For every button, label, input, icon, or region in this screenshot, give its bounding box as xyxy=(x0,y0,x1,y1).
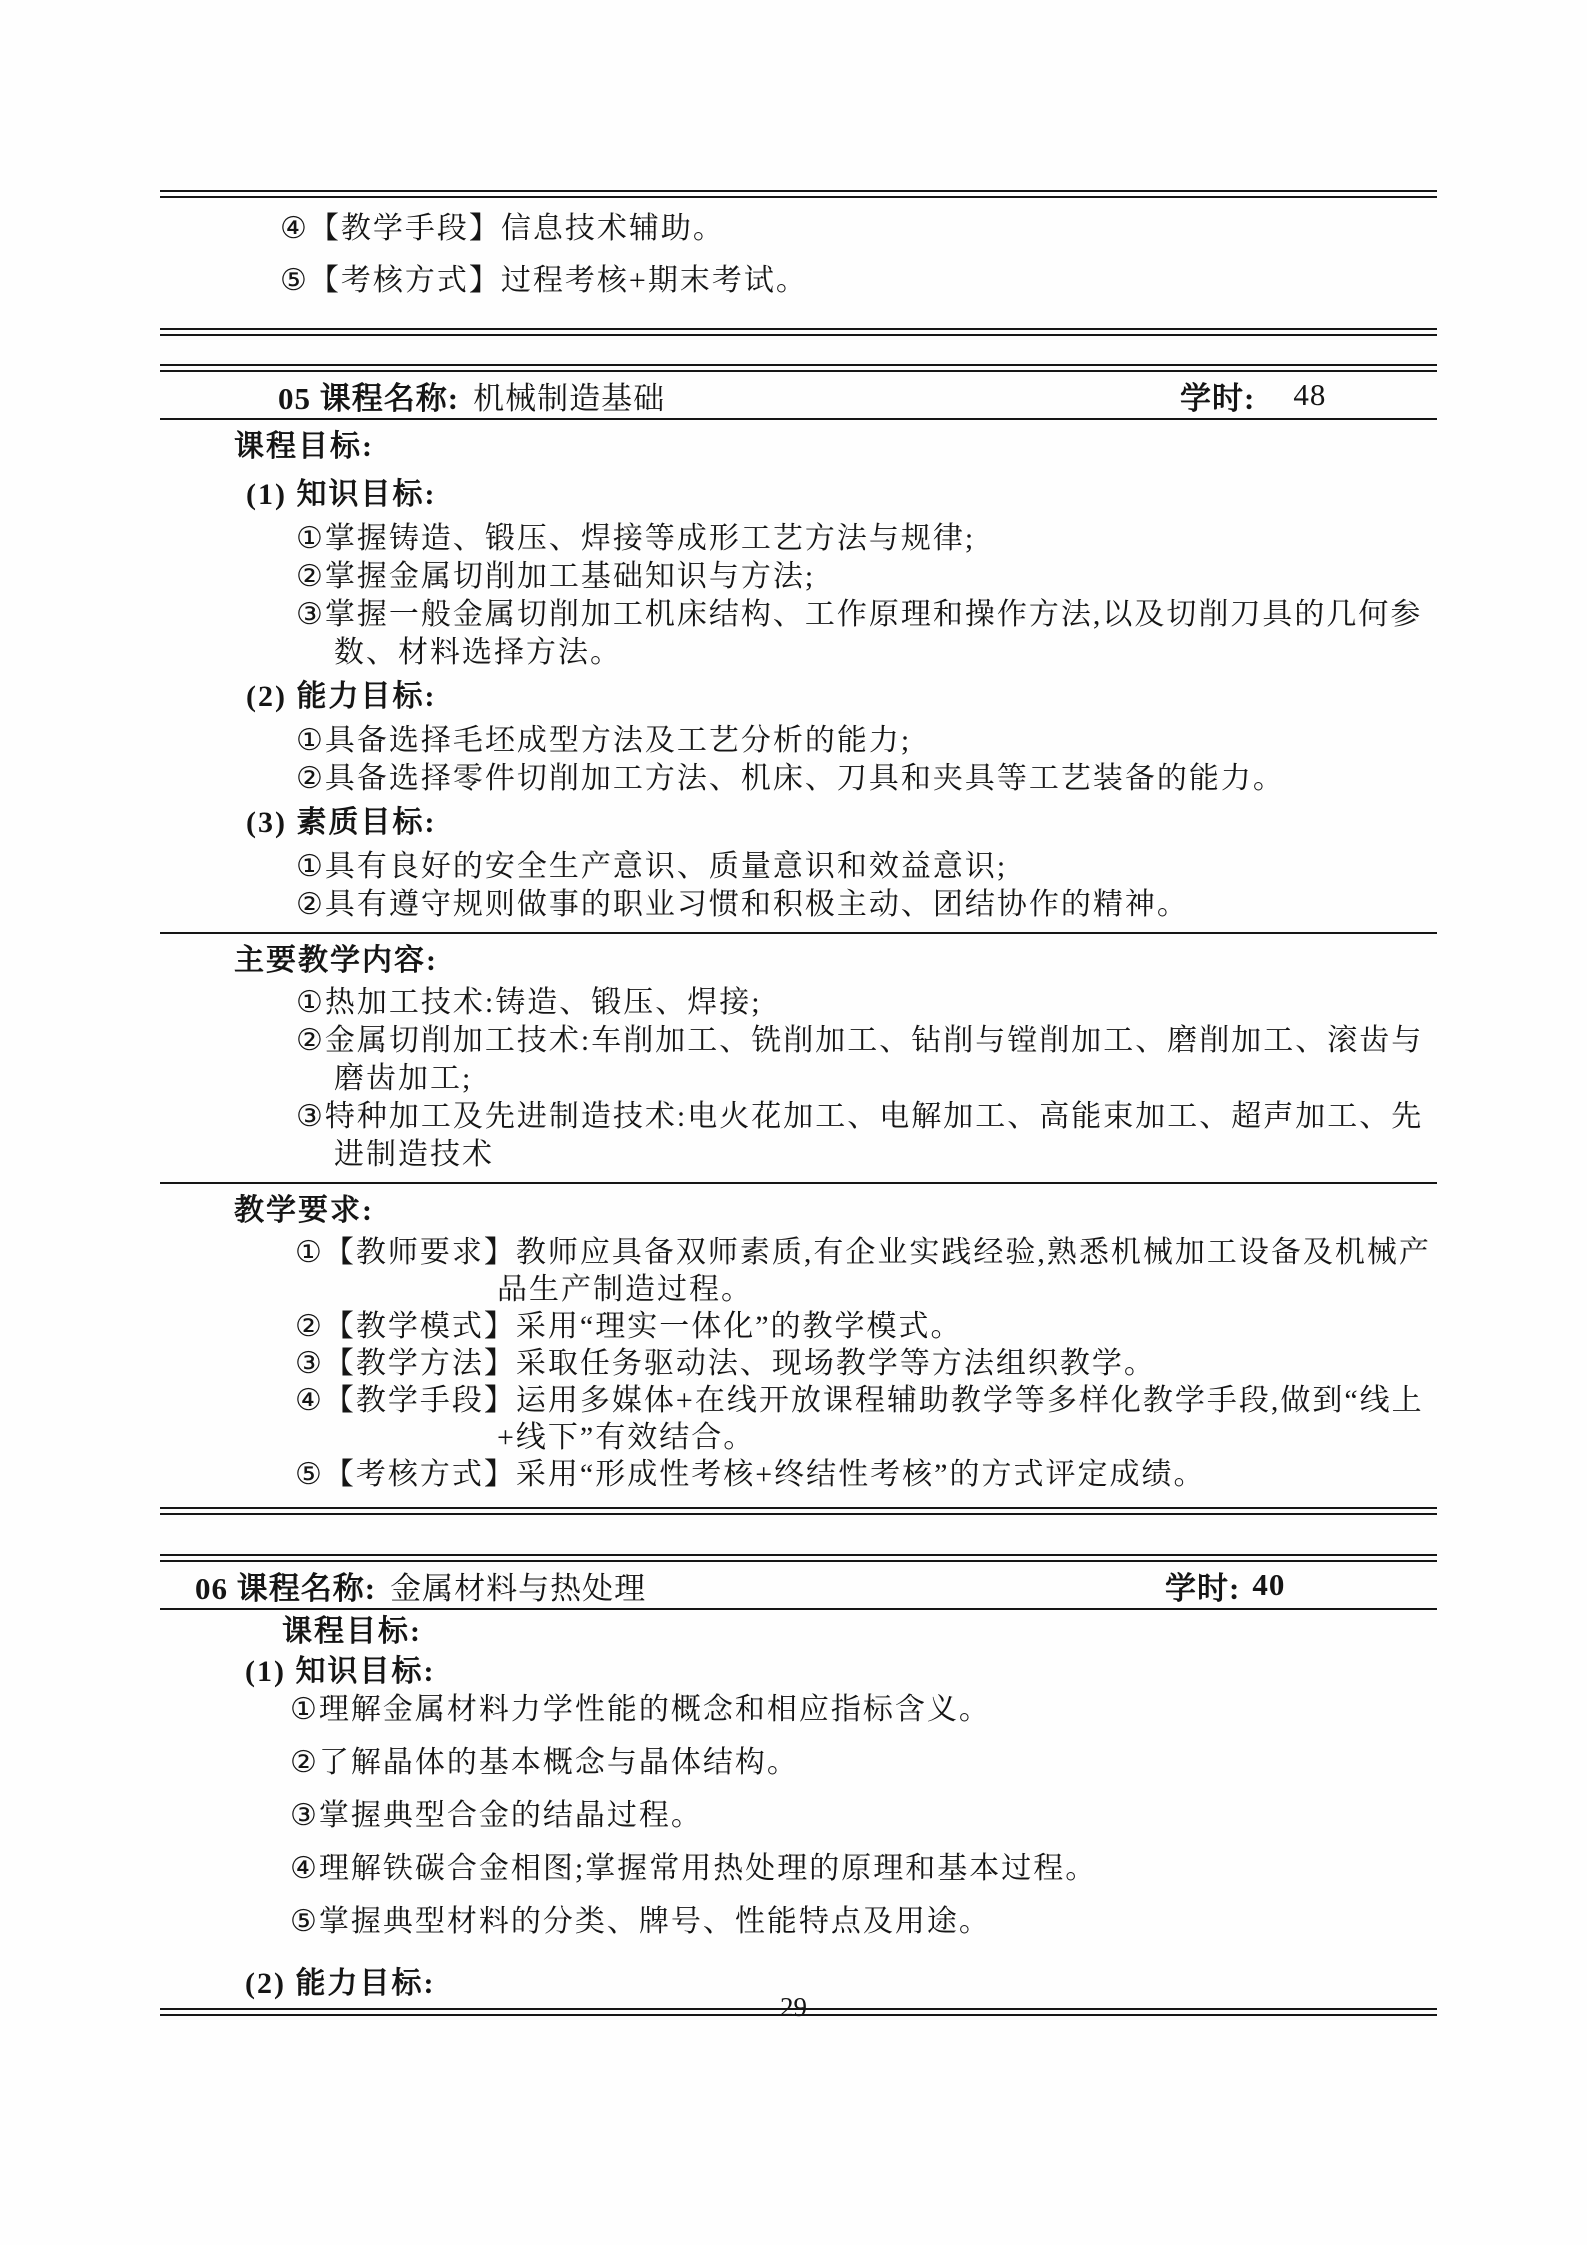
hours-label: 学时: xyxy=(1165,1563,1240,1608)
teaching-means-item: ④【教学手段】信息技术辅助。 xyxy=(280,210,1437,248)
page-number: 29 xyxy=(0,1992,1587,2022)
quality-item: ②具有遵守规则做事的职业习惯和积极主动、团结协作的精神。 xyxy=(160,886,1437,924)
previous-course-items: ④【教学手段】信息技术辅助。 ⑤【考核方式】过程考核+期末考试。 xyxy=(160,198,1437,328)
objectives-title: 课程目标: xyxy=(160,424,1437,470)
course-name: 金属材料与热处理 xyxy=(390,1563,646,1608)
document-page: ④【教学手段】信息技术辅助。 ⑤【考核方式】过程考核+期末考试。 05 课程名称… xyxy=(0,0,1587,2245)
course-index-label: 06 课程名称: xyxy=(195,1563,376,1608)
item-tag: ④【教学手段】 xyxy=(295,1384,516,1417)
item-text: 信息技术辅助。 xyxy=(501,212,725,245)
ability-item: ①具备选择毛坯成型方法及工艺分析的能力; xyxy=(160,722,1437,760)
hours-label: 学时: xyxy=(1180,373,1255,418)
teaching-content-section: 主要教学内容: ①热加工技术:铸造、锻压、焊接; ②金属切削加工技术:车削加工、… xyxy=(160,934,1437,1182)
content-item: ②金属切削加工技术:车削加工、铣削加工、钻削与镗削加工、磨削加工、滚齿与磨齿加工… xyxy=(160,1022,1437,1098)
knowledge-item: ③掌握一般金属切削加工机床结构、工作原理和操作方法,以及切削刀具的几何参数、材料… xyxy=(160,596,1437,672)
course-05-header-row: 05 课程名称: 机械制造基础 学时: 48 xyxy=(160,372,1437,418)
item-tag: ④【教学手段】 xyxy=(280,212,501,245)
item-text: 教师应具备双师素质,有企业实践经验,熟悉机械加工设备及机械产品生产制造过程。 xyxy=(497,1236,1431,1306)
table-border-top xyxy=(160,364,1437,372)
teaching-means-item: ④【教学手段】运用多媒体+在线开放课程辅助教学等多样化教学手段,做到“线上+线下… xyxy=(160,1382,1437,1456)
item-text: 采用“形成性考核+终结性考核”的方式评定成绩。 xyxy=(516,1458,1206,1491)
teaching-requirements-title: 教学要求: xyxy=(160,1188,1437,1234)
knowledge-item: ①掌握铸造、锻压、焊接等成形工艺方法与规律; xyxy=(160,520,1437,558)
quality-item: ①具有良好的安全生产意识、质量意识和效益意识; xyxy=(160,848,1437,886)
knowledge-item: ④理解铁碳合金相图;掌握常用热处理的原理和基本过程。 xyxy=(160,1851,1437,1887)
item-text: 采取任务驱动法、现场教学等方法组织教学。 xyxy=(516,1347,1156,1380)
table-border-bottom xyxy=(160,1507,1437,1515)
course-hours: 学时: 40 xyxy=(1165,1563,1437,1608)
item-text: 采用“理实一体化”的教学模式。 xyxy=(516,1310,963,1343)
teaching-mode-item: ②【教学模式】采用“理实一体化”的教学模式。 xyxy=(160,1308,1437,1345)
item-tag: ③【教学方法】 xyxy=(295,1347,516,1380)
course-index-label: 05 课程名称: xyxy=(278,373,459,418)
table-border-top xyxy=(160,190,1437,198)
knowledge-item: ②掌握金属切削加工基础知识与方法; xyxy=(160,558,1437,596)
assessment-item: ⑤【考核方式】过程考核+期末考试。 xyxy=(280,262,1437,300)
assessment-item: ⑤【考核方式】采用“形成性考核+终结性考核”的方式评定成绩。 xyxy=(160,1456,1437,1493)
course-hours: 学时: 48 xyxy=(1180,373,1437,418)
knowledge-item: ①理解金属材料力学性能的概念和相应指标含义。 xyxy=(160,1692,1437,1728)
teaching-method-item: ③【教学方法】采取任务驱动法、现场教学等方法组织教学。 xyxy=(160,1345,1437,1382)
hours-value: 40 xyxy=(1252,1567,1285,1603)
table-border-bottom xyxy=(160,328,1437,336)
course-06-header-row: 06 课程名称: 金属材料与热处理 学时: 40 xyxy=(160,1562,1437,1608)
table-border-top xyxy=(160,1554,1437,1562)
item-text: 运用多媒体+在线开放课程辅助教学等多样化教学手段,做到“线上+线下”有效结合。 xyxy=(497,1384,1424,1454)
hours-value: 48 xyxy=(1293,377,1326,413)
course-objectives-section: 课程目标: (1) 知识目标: ①掌握铸造、锻压、焊接等成形工艺方法与规律; ②… xyxy=(160,420,1437,932)
previous-course-section: ④【教学手段】信息技术辅助。 ⑤【考核方式】过程考核+期末考试。 xyxy=(160,190,1437,336)
teaching-content-title: 主要教学内容: xyxy=(160,938,1437,984)
item-text: 过程考核+期末考试。 xyxy=(501,264,808,297)
ability-objectives-title: (2) 能力目标: xyxy=(160,672,1437,722)
objectives-title: 课程目标: xyxy=(160,1612,1437,1652)
course-05-table: 05 课程名称: 机械制造基础 学时: 48 课程目标: (1) 知识目标: ①… xyxy=(160,364,1437,1515)
course-objectives-section: 课程目标: (1) 知识目标: ①理解金属材料力学性能的概念和相应指标含义。 ②… xyxy=(160,1610,1437,2008)
course-name: 机械制造基础 xyxy=(473,373,665,418)
item-tag: ⑤【考核方式】 xyxy=(295,1458,516,1491)
content-item: ③特种加工及先进制造技术:电火花加工、电解加工、高能束加工、超声加工、先进制造技… xyxy=(160,1098,1437,1174)
quality-objectives-title: (3) 素质目标: xyxy=(160,798,1437,848)
item-tag: ①【教师要求】 xyxy=(295,1236,516,1269)
item-tag: ②【教学模式】 xyxy=(295,1310,516,1343)
knowledge-item: ②了解晶体的基本概念与晶体结构。 xyxy=(160,1745,1437,1781)
knowledge-item: ③掌握典型合金的结晶过程。 xyxy=(160,1798,1437,1834)
ability-item: ②具备选择零件切削加工方法、机床、刀具和夹具等工艺装备的能力。 xyxy=(160,760,1437,798)
knowledge-objectives-title: (1) 知识目标: xyxy=(160,1652,1437,1692)
content-item: ①热加工技术:铸造、锻压、焊接; xyxy=(160,984,1437,1022)
knowledge-objectives-title: (1) 知识目标: xyxy=(160,470,1437,520)
knowledge-item: ⑤掌握典型材料的分类、牌号、性能特点及用途。 xyxy=(160,1904,1437,1940)
course-06-table: 06 课程名称: 金属材料与热处理 学时: 40 课程目标: (1) 知识目标:… xyxy=(160,1554,1437,2016)
item-tag: ⑤【考核方式】 xyxy=(280,264,501,297)
teaching-requirements-section: 教学要求: ①【教师要求】教师应具备双师素质,有企业实践经验,熟悉机械加工设备及… xyxy=(160,1184,1437,1507)
teacher-requirement-item: ①【教师要求】教师应具备双师素质,有企业实践经验,熟悉机械加工设备及机械产品生产… xyxy=(160,1234,1437,1308)
